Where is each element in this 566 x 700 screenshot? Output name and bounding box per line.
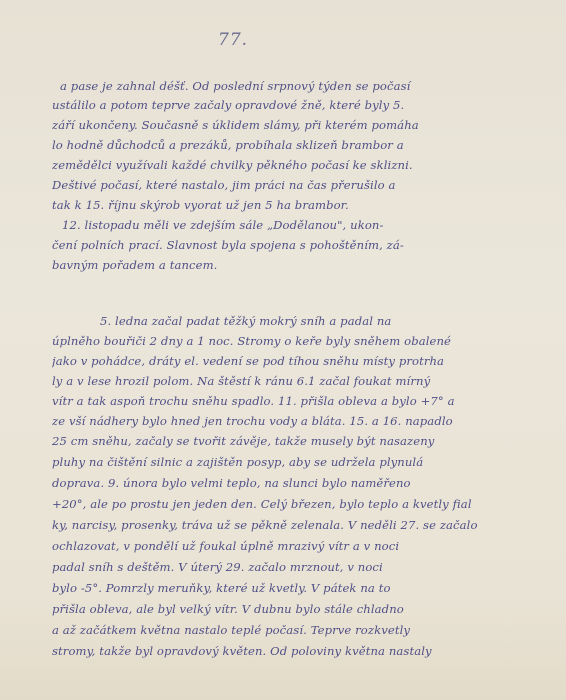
- chronicle-page: 77. a pase je zahnal déšť. Od poslední s…: [0, 0, 566, 700]
- text-line: a pase je zahnal déšť. Od poslední srpno…: [60, 79, 520, 93]
- text-line: zemědělci využívali každé chvilky pěknéh…: [52, 158, 512, 172]
- text-line: vítr a tak aspoň trochu sněhu spadlo. 11…: [52, 394, 512, 408]
- text-line: bavným pořadem a tancem.: [52, 258, 512, 272]
- text-line: 12. listopadu měli ve zdejším sále „Dodě…: [62, 218, 522, 232]
- text-line: jako v pohádce, dráty el. vedení se pod …: [52, 354, 512, 368]
- text-line: Deštivé počasí, které nastalo, jim práci…: [52, 178, 512, 192]
- text-line: stromy, takže byl opravdový květen. Od p…: [52, 644, 512, 658]
- text-line: +20°, ale po prostu jen jeden den. Celý …: [52, 497, 512, 511]
- text-line: bylo -5°. Pomrzly meruňky, které už kvet…: [52, 581, 512, 595]
- text-line: ustálilo a potom teprve začaly opravdové…: [52, 98, 512, 112]
- text-line: čení polních prací. Slavnost byla spojen…: [52, 238, 512, 252]
- page-number: 77.: [218, 30, 248, 50]
- text-line: přišla obleva, ale byl velký vítr. V dub…: [52, 602, 512, 616]
- text-line: doprava. 9. února bylo velmi teplo, na s…: [52, 476, 512, 490]
- text-line: lo hodně důchodců a prezáků, probíhala s…: [52, 138, 512, 152]
- text-line: tak k 15. říjnu skýrob vyorat už jen 5 h…: [52, 198, 512, 212]
- text-line: září ukončeny. Současně s úklidem slámy,…: [52, 118, 512, 132]
- text-line: padal sníh s deštěm. V úterý 29. začalo …: [52, 560, 512, 574]
- text-line: ly a v lese hrozil polom. Na štěstí k rá…: [52, 374, 512, 388]
- text-line: 25 cm sněhu, začaly se tvořit závěje, ta…: [52, 434, 512, 448]
- text-line: ochlazovat, v pondělí už foukal úplně mr…: [52, 539, 512, 553]
- text-line: pluhy na čištění silnic a zajištěn posyp…: [52, 455, 512, 469]
- text-line: a až začátkem května nastalo teplé počas…: [52, 623, 512, 637]
- text-line: úplněho bouřiči 2 dny a 1 noc. Stromy o …: [52, 334, 512, 348]
- text-line: 5. ledna začal padat těžký mokrý sníh a …: [100, 314, 510, 328]
- text-line: ze vší nádhery bylo hned jen trochu vody…: [52, 414, 512, 428]
- text-line: ky, narcisy, prosenky, tráva už se pěkně…: [52, 518, 512, 532]
